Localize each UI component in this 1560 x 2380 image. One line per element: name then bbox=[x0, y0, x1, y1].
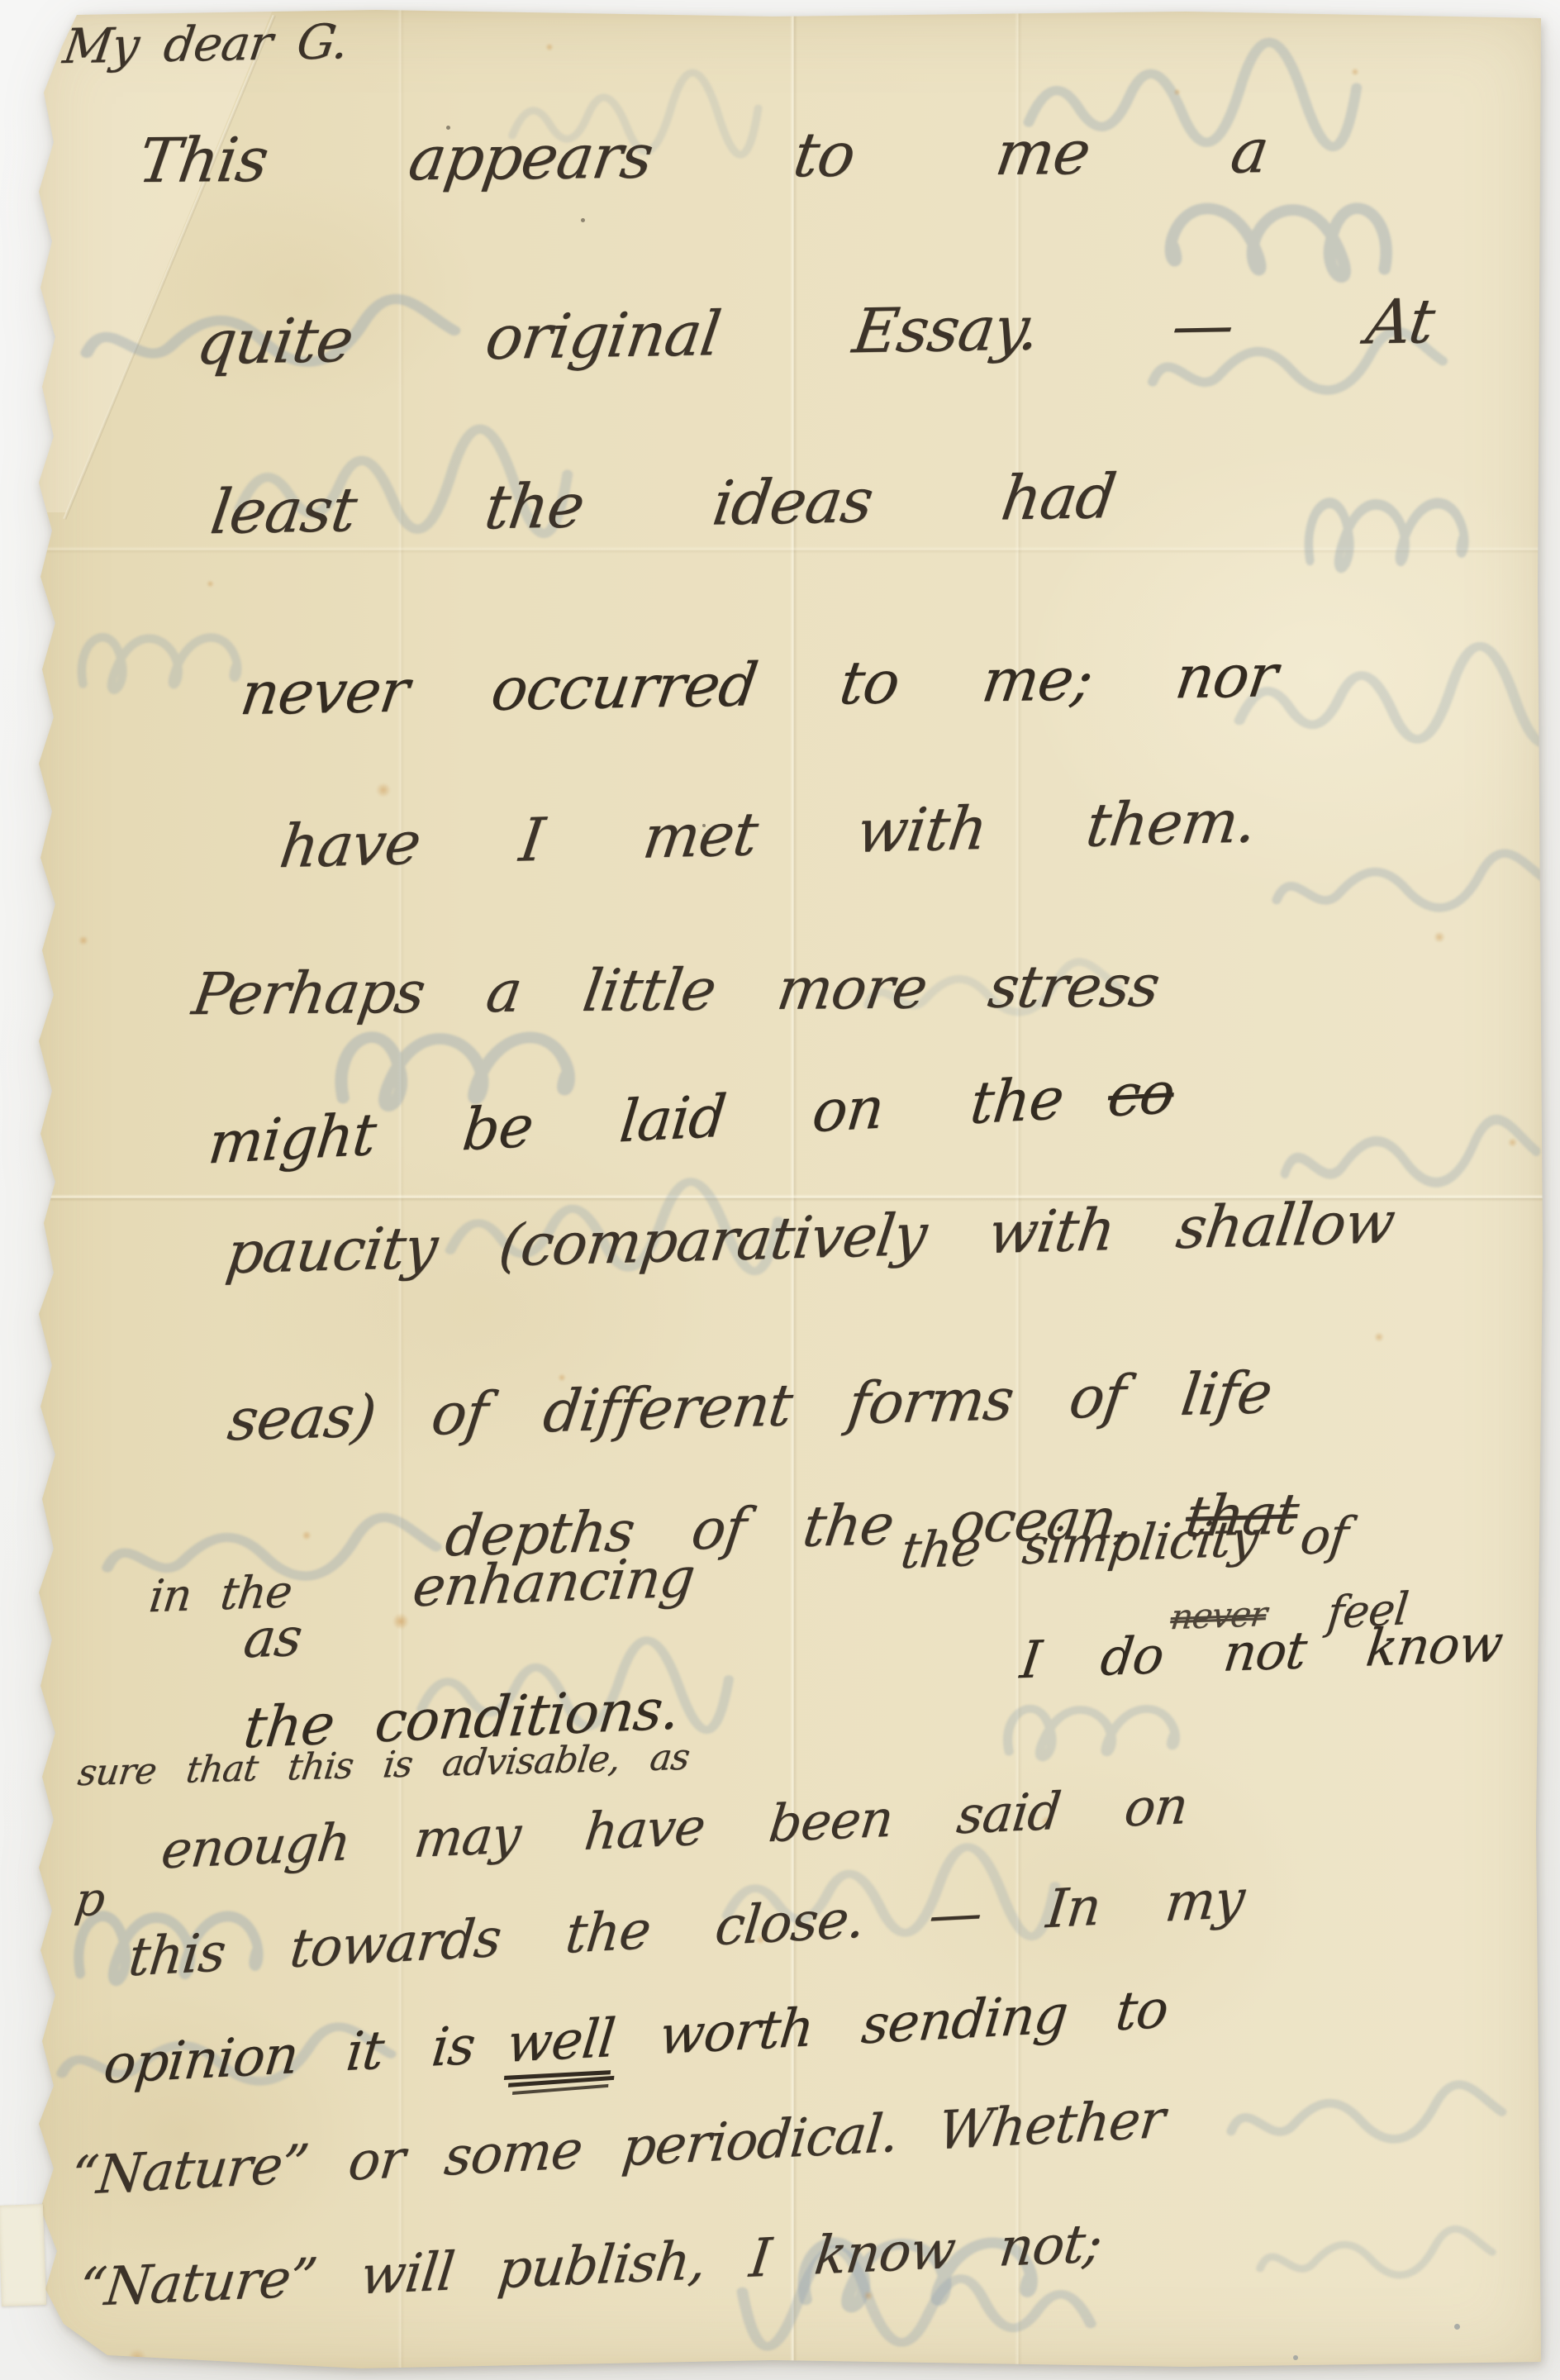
ink-speck bbox=[581, 218, 585, 222]
foxing-spot bbox=[1434, 931, 1445, 943]
foxing-spot bbox=[1374, 1332, 1384, 1342]
letter-scan: My dear G. This appears to me a quite or… bbox=[0, 0, 1560, 2380]
foxing-spot bbox=[1173, 88, 1181, 96]
foxing-spot bbox=[128, 2349, 146, 2367]
foxing-spot bbox=[392, 1613, 409, 1630]
foxing-spot bbox=[1508, 1138, 1517, 1147]
paper-shadow-wrap: My dear G. This appears to me a quite or… bbox=[0, 0, 1560, 2380]
underlined-word-well: well bbox=[503, 2008, 617, 2080]
manuscript-line-11a: as bbox=[240, 1607, 305, 1671]
tape-fragment bbox=[0, 2204, 46, 2306]
foxing-spot bbox=[78, 935, 88, 945]
foxing-spot bbox=[302, 1530, 312, 1540]
letter-page: My dear G. This appears to me a quite or… bbox=[29, 10, 1547, 2370]
foxing-spot bbox=[863, 2291, 873, 2301]
foxing-spot bbox=[207, 580, 214, 588]
manuscript-line-11b: enhancing bbox=[409, 1545, 697, 1619]
pencil-speck bbox=[1454, 2324, 1460, 2330]
salutation: My dear G. bbox=[59, 13, 351, 74]
foxing-spot bbox=[545, 43, 554, 51]
manuscript-line-1: This appears to me a bbox=[134, 116, 1272, 197]
foxing-spot bbox=[1351, 68, 1359, 76]
foxing-spot bbox=[376, 783, 391, 797]
pencil-speck bbox=[1293, 2355, 1298, 2360]
deleted-word-co: co bbox=[1105, 1059, 1177, 1130]
manuscript-line-6: Perhaps a little more stress bbox=[188, 952, 1163, 1028]
